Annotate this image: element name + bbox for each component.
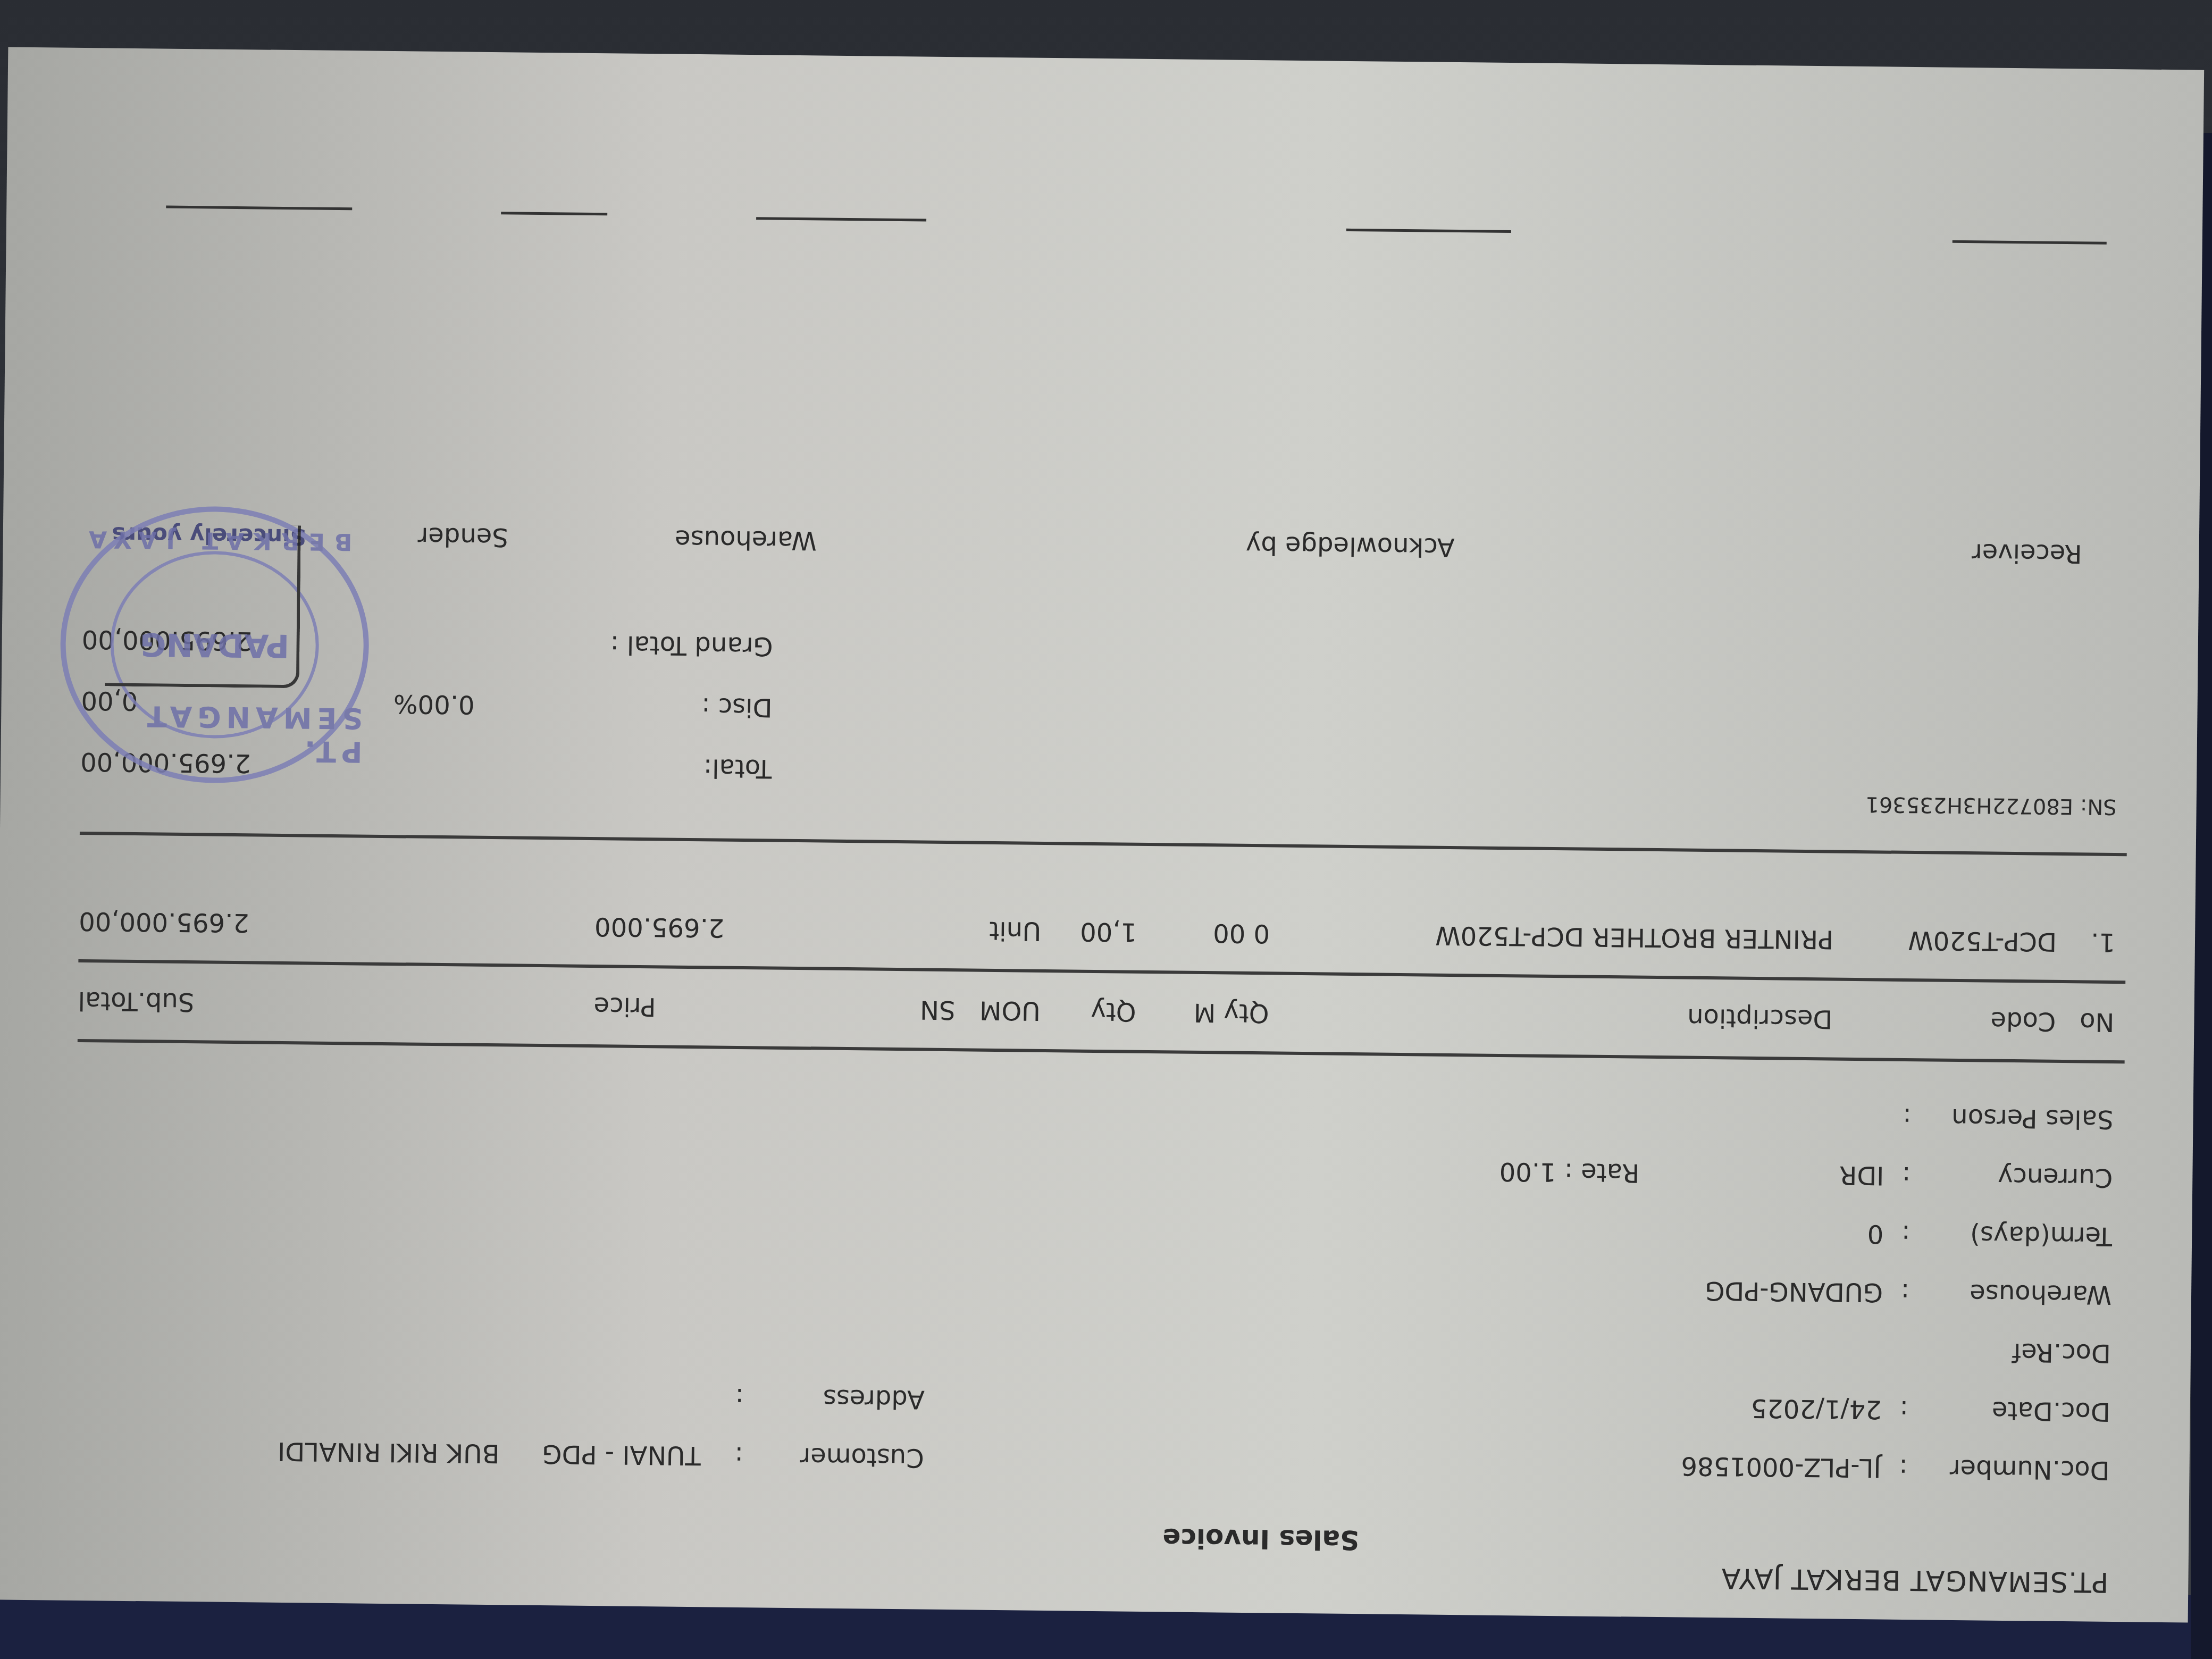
acknowledge-sign-line (1346, 229, 1511, 233)
company-stamp: PT. SEMANGAT PADANG BERKAT JAYA (59, 505, 370, 785)
meta-doc-date: Doc.Date: 24/1/2025 (1497, 1376, 2111, 1441)
customer-block: Customer : TUNAI - PDG BUK RIKI RINALDI … (278, 1363, 925, 1487)
sender-label: Sender (417, 522, 508, 552)
table-header-rule (78, 959, 2125, 984)
sender-sign-line (501, 212, 607, 215)
exchange-rate: Rate : 1.00 (1499, 1157, 1639, 1188)
acknowledge-label: Acknowledge by (1246, 530, 1455, 562)
customer-row: Customer : TUNAI - PDG BUK RIKI RINALDI (278, 1422, 925, 1487)
receiver-label: Receiver (1972, 538, 2082, 568)
meta-currency: Currency: IDR Rate : 1.00 (1499, 1142, 2113, 1207)
table-row: 1. DCP-T520W PRINTER BROTHER DCP-T520W 0… (79, 906, 2115, 957)
meta-doc-ref: Doc.Ref (1497, 1318, 2112, 1382)
meta-doc-number: Doc.Number: JL-PLZ-0001586 (1496, 1435, 2110, 1499)
stamp-ring-top: PT. SEMANGAT (64, 699, 363, 769)
serial-number: SN: E80722H3H235361 (1865, 792, 2117, 819)
customer-code: TUNAI - PDG (542, 1439, 701, 1470)
document-title: Sales Invoice (1162, 1522, 1359, 1555)
warehouse-label: Warehouse (675, 524, 817, 556)
signature-section: Receiver Acknowledge by Warehouse Sender… (3, 589, 2199, 612)
meta-sales-person: Sales Person: (1499, 1084, 2114, 1149)
table-header: No Code Description Qty M Qty UOM SN Pri… (78, 986, 2114, 1037)
customer-name: BUK RIKI RINALDI (278, 1436, 500, 1468)
handwritten-signature (105, 523, 301, 688)
table-bottom-rule (80, 832, 2127, 856)
table-top-rule (78, 1039, 2125, 1063)
invoice-paper: PT.SEMANGAT BERKAT JAYA Sales Invoice Do… (0, 47, 2204, 1622)
meta-term: Term(days): 0 (1498, 1201, 2113, 1266)
company-name: PT.SEMANGAT BERKAT JAYA (1721, 1562, 2108, 1598)
address-row: Address : (278, 1363, 925, 1429)
warehouse-sign-line (756, 217, 926, 221)
doc-meta: Doc.Number: JL-PLZ-0001586 Doc.Date: 24/… (1496, 1084, 2114, 1499)
meta-warehouse: Warehouse: GUDANG-PDG (1498, 1259, 2112, 1324)
sincerely-sign-line (166, 206, 352, 211)
receiver-sign-line (1953, 240, 2107, 245)
